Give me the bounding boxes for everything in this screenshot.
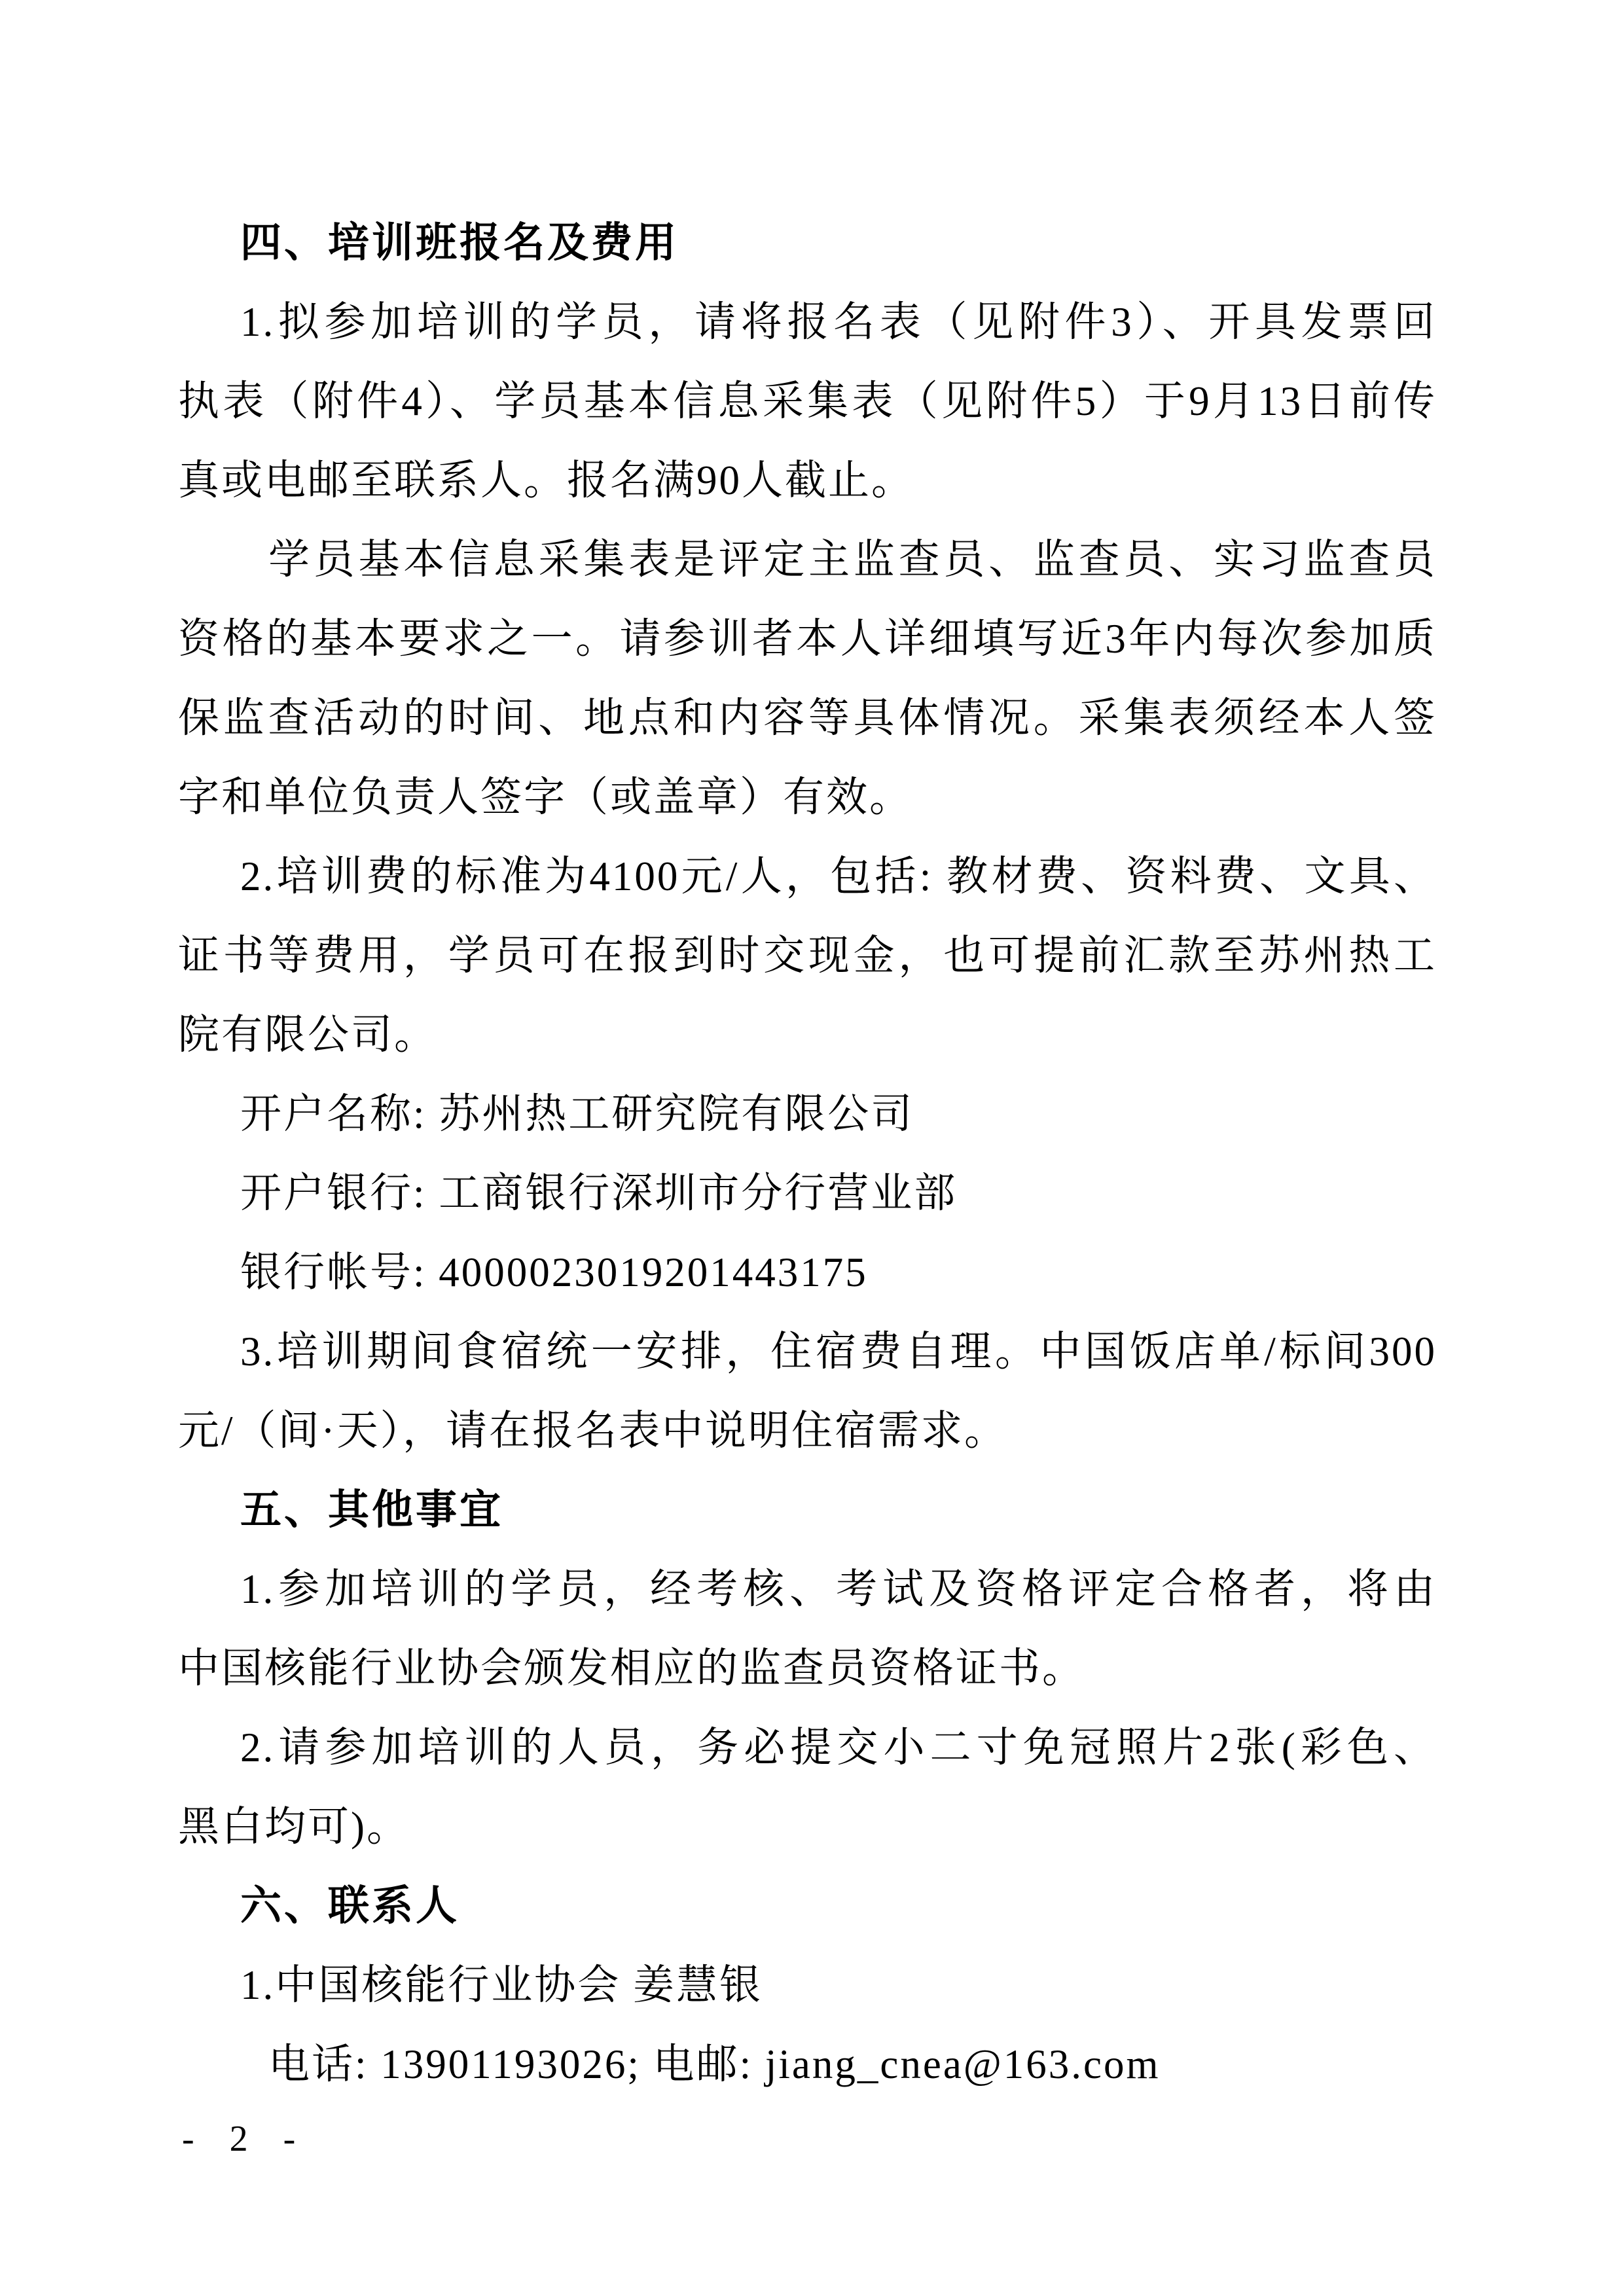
document-body: 四、培训班报名及费用 1.拟参加培训的学员，请将报名表（见附件3）、开具发票回 …	[178, 204, 1437, 2104]
para-certificate-line-1: 1.参加培训的学员，经考核、考试及资格评定合格者，将由	[178, 1550, 1437, 1629]
contact-cnea: 1.中国核能行业协会 姜慧银	[178, 1946, 1437, 2025]
bank-name: 开户银行: 工商银行深圳市分行营业部	[178, 1154, 1437, 1233]
bank-account-number: 银行帐号: 4000023019201443175	[178, 1233, 1437, 1312]
para-fee-line-2: 证书等费用，学员可在报到时交现金，也可提前汇款至苏州热工	[178, 916, 1437, 996]
para-accommodation-line-1: 3.培训期间食宿统一安排，住宿费自理。中国饭店单/标间300	[178, 1312, 1437, 1391]
bank-account-name: 开户名称: 苏州热工研究院有限公司	[178, 1075, 1437, 1154]
para-fee-line-1: 2.培训费的标准为4100元/人，包括: 教材费、资料费、文具、	[178, 837, 1437, 916]
section-heading-4: 四、培训班报名及费用	[178, 204, 1437, 283]
section-heading-6: 六、联系人	[178, 1867, 1437, 1946]
document-page: 四、培训班报名及费用 1.拟参加培训的学员，请将报名表（见附件3）、开具发票回 …	[0, 0, 1624, 2296]
para-collection-form-line-1: 学员基本信息采集表是评定主监查员、监查员、实习监查员	[178, 520, 1437, 600]
para-certificate-line-2: 中国核能行业协会颁发相应的监查员资格证书。	[178, 1629, 1437, 1708]
para-accommodation-line-2: 元/（间·天），请在报名表中说明住宿需求。	[178, 1391, 1437, 1471]
para-collection-form-line-3: 保监查活动的时间、地点和内容等具体情况。采集表须经本人签	[178, 679, 1437, 758]
contact-phone-email: 电话: 13901193026; 电邮: jiang_cnea@163.com	[178, 2025, 1437, 2104]
section-heading-5: 五、其他事宜	[178, 1471, 1437, 1550]
page-number: - 2 -	[182, 2118, 303, 2160]
para-fee-line-3: 院有限公司。	[178, 996, 1437, 1075]
para-photo-line-2: 黑白均可)。	[178, 1787, 1437, 1867]
para-registration-line-2: 执表（附件4）、学员基本信息采集表（见附件5）于9月13日前传	[178, 362, 1437, 441]
para-registration-line-1: 1.拟参加培训的学员，请将报名表（见附件3）、开具发票回	[178, 283, 1437, 362]
para-collection-form-line-2: 资格的基本要求之一。请参训者本人详细填写近3年内每次参加质	[178, 600, 1437, 679]
para-collection-form-line-4: 字和单位负责人签字（或盖章）有效。	[178, 758, 1437, 837]
para-photo-line-1: 2.请参加培训的人员，务必提交小二寸免冠照片2张(彩色、	[178, 1708, 1437, 1787]
para-registration-line-3: 真或电邮至联系人。报名满90人截止。	[178, 441, 1437, 520]
